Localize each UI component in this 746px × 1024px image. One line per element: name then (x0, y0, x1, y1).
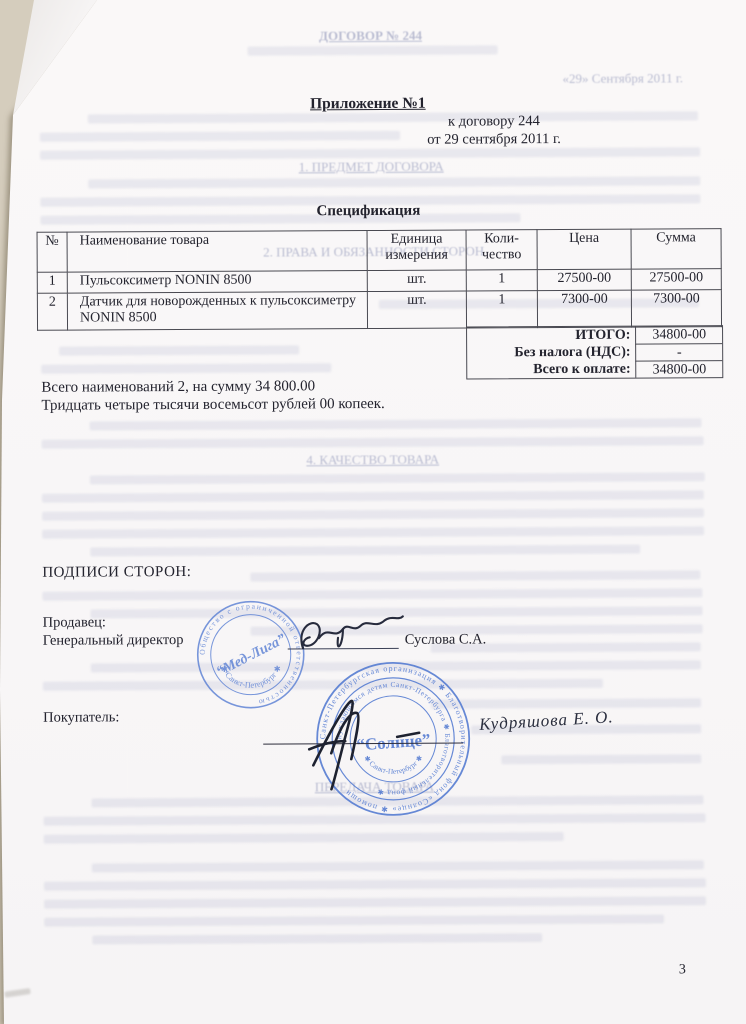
bleedthrough-line (40, 131, 400, 142)
bleedthrough-section1-heading: 1. ПРЕДМЕТ ДОГОВОРА (238, 158, 504, 175)
bleedthrough-line (42, 436, 704, 448)
row-sum: 27500-00 (631, 269, 721, 290)
contract-ref-line2: от 29 сентября 2011 г. (406, 130, 582, 149)
col-header-num: № (37, 232, 67, 272)
summary-line-1: Всего наименований 2, на сумму 34 800.00 (41, 378, 315, 396)
row-name: Пульсоксиметр NONIN 8500 (67, 271, 367, 294)
bleedthrough-line (90, 418, 702, 430)
totals-row-total-due: Всего к оплате: 34800-00 (467, 360, 722, 378)
totals-value: 34800-00 (636, 360, 723, 377)
row-num: 2 (37, 293, 67, 330)
totals-value: - (635, 343, 722, 360)
totals-value: 34800-00 (635, 326, 722, 343)
contract-ref-line1: к договору 244 (406, 112, 582, 131)
page-number: 3 (670, 962, 694, 978)
bleedthrough-contract-title: ДОГОВОР № 244 (270, 27, 470, 44)
col-header-unit: Единица измерения (367, 230, 466, 271)
specification-table: № Наименование товара Единица измерения … (37, 228, 723, 331)
signatures-heading: ПОДПИСИ СТОРОН: (42, 564, 191, 582)
document-content: ДОГОВОР № 244 «29» Сентября 2011 г. 1. П… (0, 0, 746, 1024)
table-header-row: № Наименование товара Единица измерения … (37, 229, 721, 273)
row-unit: шт. (367, 291, 466, 329)
bleedthrough-line (88, 111, 698, 123)
bleedthrough-line (42, 526, 704, 538)
totals-label: Всего к оплате: (467, 361, 635, 379)
row-price: 7300-00 (537, 290, 631, 327)
scan-smudge (4, 988, 31, 998)
bleedthrough-line (501, 754, 701, 764)
row-num: 1 (37, 272, 67, 293)
row-price: 27500-00 (537, 269, 631, 290)
bleedthrough-date: «29» Сентября 2011 г. (538, 70, 708, 87)
seller-label: Продавец: (43, 614, 106, 631)
totals-block: ИТОГО: 34800-00 Без налога (НДС): - Всег… (466, 325, 723, 379)
buyer-label: Покупатель: (43, 709, 119, 726)
specification-heading: Спецификация (258, 202, 478, 220)
bleedthrough-line (44, 832, 564, 844)
bleedthrough-line (42, 508, 704, 520)
seller-name: Суслова С.А. (405, 631, 487, 648)
totals-label: Без налога (НДС): (467, 344, 635, 362)
buyer-signature-ink (301, 693, 452, 799)
bleedthrough-line (41, 363, 331, 374)
bleedthrough-line (92, 933, 542, 944)
seller-title: Генеральный директор (43, 632, 184, 650)
bleedthrough-line (248, 45, 498, 55)
bleedthrough-line (44, 878, 706, 890)
bleedthrough-line (42, 490, 704, 502)
bleedthrough-line (92, 860, 704, 872)
bleedthrough-line (44, 896, 706, 908)
row-qty: 1 (466, 291, 537, 328)
appendix-title: Приложение №1 (258, 94, 478, 113)
summary-line-2: Тридцать четыре тысячи восемьсот рублей … (41, 396, 384, 415)
bleedthrough-line (90, 545, 640, 557)
totals-row-itogo: ИТОГО: 34800-00 (467, 326, 722, 344)
seller-company-stamp: Общество с ограниченной ответственностью… (193, 594, 308, 713)
contract-reference: к договору 244 от 29 сентября 2011 г. (406, 112, 582, 149)
col-header-price: Цена (537, 229, 631, 269)
totals-row-nds: Без налога (НДС): - (467, 343, 722, 361)
bleedthrough-section4-heading: 4. КАЧЕСТВО ТОВАРА (250, 451, 496, 468)
bleedthrough-line (90, 472, 705, 484)
row-sum: 7300-00 (631, 290, 721, 327)
bleedthrough-line (42, 588, 702, 600)
col-header-sum: Сумма (631, 229, 721, 269)
bleedthrough-line (88, 176, 700, 188)
bleedthrough-line (250, 570, 700, 581)
row-name: Датчик для новорожденных к пульсоксиметр… (67, 292, 367, 331)
row-unit: шт. (367, 270, 466, 292)
col-header-qty: Коли-чество (466, 230, 537, 270)
table-row: 2 Датчик для новорожденных к пульсоксиме… (37, 290, 721, 331)
totals-label: ИТОГО: (467, 327, 635, 345)
bleedthrough-line (59, 345, 299, 355)
col-header-name: Наименование товара (67, 231, 367, 273)
bleedthrough-line (44, 914, 664, 926)
row-qty: 1 (466, 270, 537, 291)
bleedthrough-line (40, 147, 700, 159)
